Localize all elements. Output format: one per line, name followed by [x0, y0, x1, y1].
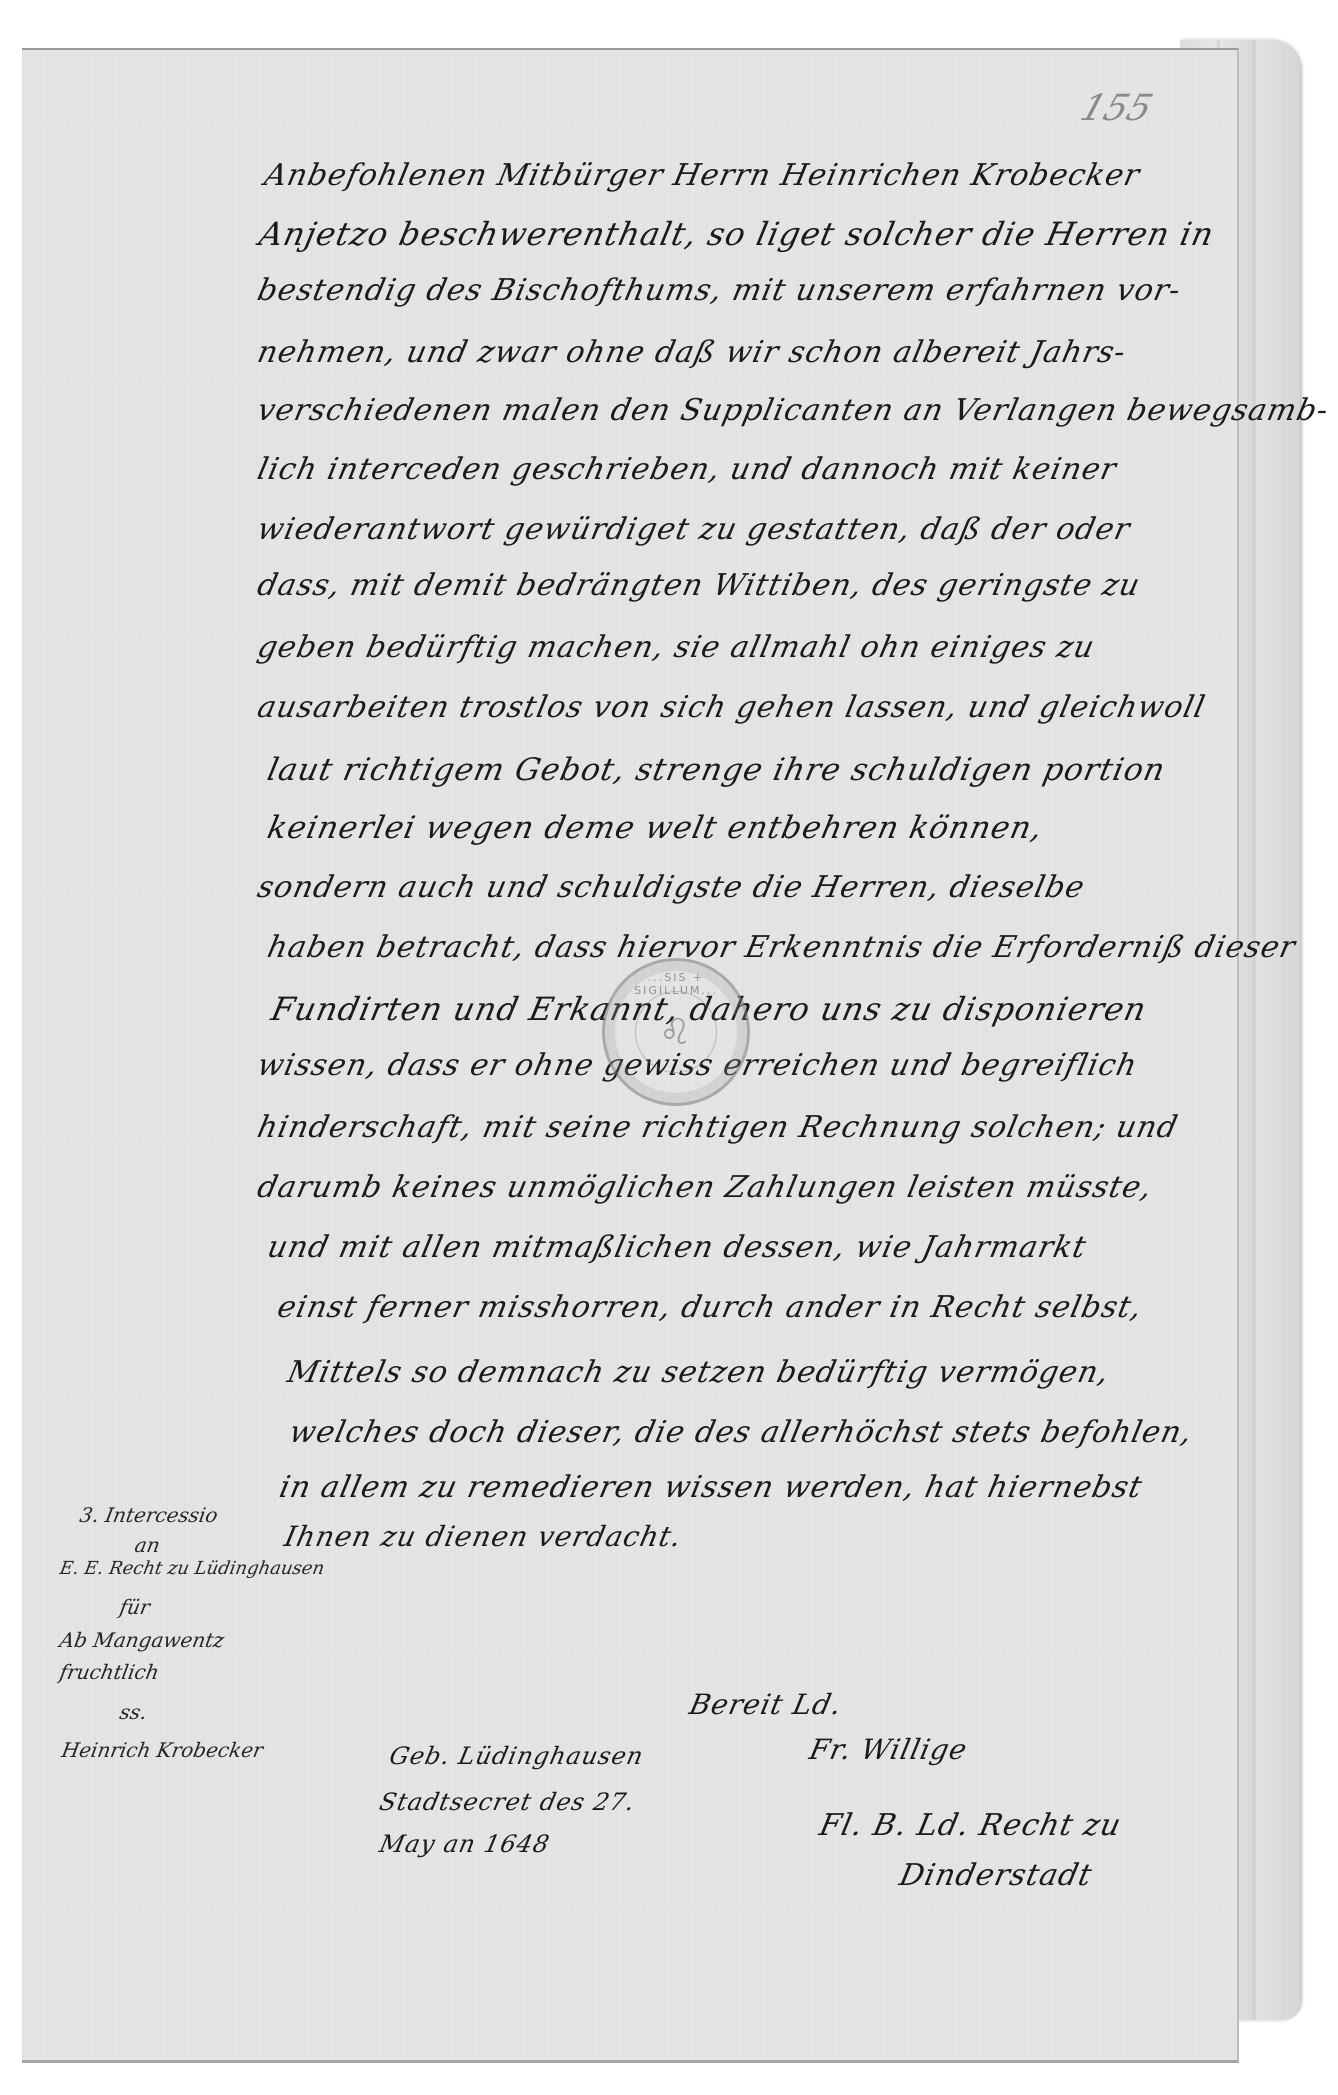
date-line: Geb. Lüdinghausen — [387, 1742, 646, 1770]
letter-line: haben betracht, dass hiervor Erkenntnis … — [264, 930, 1299, 965]
letter-line: bestendig des Bischofthums, mit unserem … — [254, 273, 1184, 308]
letter-line: welches doch dieser, die des allerhöchst… — [286, 1415, 1196, 1450]
letter-line: einst ferner misshorren, durch ander in … — [274, 1290, 1145, 1325]
margin-note-line: 3. Intercessio — [78, 1503, 220, 1527]
margin-note-line: Ab Mangawentz — [58, 1628, 226, 1652]
letter-line: und mit allen mitmaßlichen dessen, wie J… — [264, 1230, 1089, 1265]
letter-line: wiederantwort gewürdiget zu gestatten, d… — [254, 512, 1133, 547]
letter-line: Anjetzo beschwerenthalt, so liget solche… — [256, 215, 1218, 253]
letter-line: laut richtigem Gebot, strenge ihre schul… — [264, 752, 1169, 788]
date-line: May an 1648 — [377, 1830, 552, 1858]
letter-line: verschiedenen malen den Supplicanten an … — [254, 393, 1332, 428]
seal-legend: ...SIS + SIGILLUM... — [605, 971, 747, 997]
margin-note-line: E. E. Recht zu Lüdinghausen — [58, 1558, 326, 1579]
closing-line: Fr. Willige — [806, 1733, 970, 1766]
letter-line: sondern auch und schuldigste die Herren,… — [254, 870, 1088, 905]
archive-stamp-seal: ...SIS + SIGILLUM... ♌ — [602, 958, 750, 1106]
letter-line: nehmen, und zwar ohne daß wir schon albe… — [254, 335, 1129, 370]
date-line: Stadtsecret des 27. — [377, 1788, 638, 1816]
letter-line: in allem zu remedieren wissen werden, ha… — [276, 1470, 1146, 1505]
margin-note-line: für — [118, 1595, 152, 1619]
letter-line: dass, mit demit bedrängten Wittiben, des… — [254, 568, 1143, 603]
letter-line: darumb keines unmöglichen Zahlungen leis… — [254, 1170, 1155, 1205]
margin-note-line: ss. — [118, 1700, 149, 1724]
folio-number: 155 — [1075, 88, 1157, 129]
letter-line: keinerlei wegen deme welt entbehren könn… — [264, 810, 1046, 846]
letter-line: ausarbeiten trostlos von sich gehen lass… — [254, 690, 1208, 725]
letter-line: lich interceden geschrieben, und dannoch… — [254, 452, 1120, 487]
signature-line: Dinderstadt — [896, 1858, 1095, 1893]
signature-line: Fl. B. Ld. Recht zu — [816, 1808, 1124, 1843]
letter-line: Anbefohlenen Mitbürger Herrn Heinrichen … — [261, 158, 1143, 193]
margin-note-line: Heinrich Krobecker — [60, 1738, 265, 1762]
margin-note-line: an — [133, 1533, 162, 1557]
letter-line: geben bedürftig machen, sie allmahl ohn … — [254, 630, 1098, 665]
letter-line: Mittels so demnach zu setzen bedürftig v… — [284, 1355, 1112, 1390]
closing-line: Bereit Ld. — [686, 1688, 845, 1721]
margin-note-line: fruchtlich — [58, 1660, 161, 1684]
letter-line: Ihnen zu dienen verdacht. — [281, 1520, 685, 1553]
lion-emblem-icon: ♌ — [635, 991, 717, 1073]
letter-line: hinderschaft, mit seine richtigen Rechnu… — [254, 1110, 1181, 1145]
